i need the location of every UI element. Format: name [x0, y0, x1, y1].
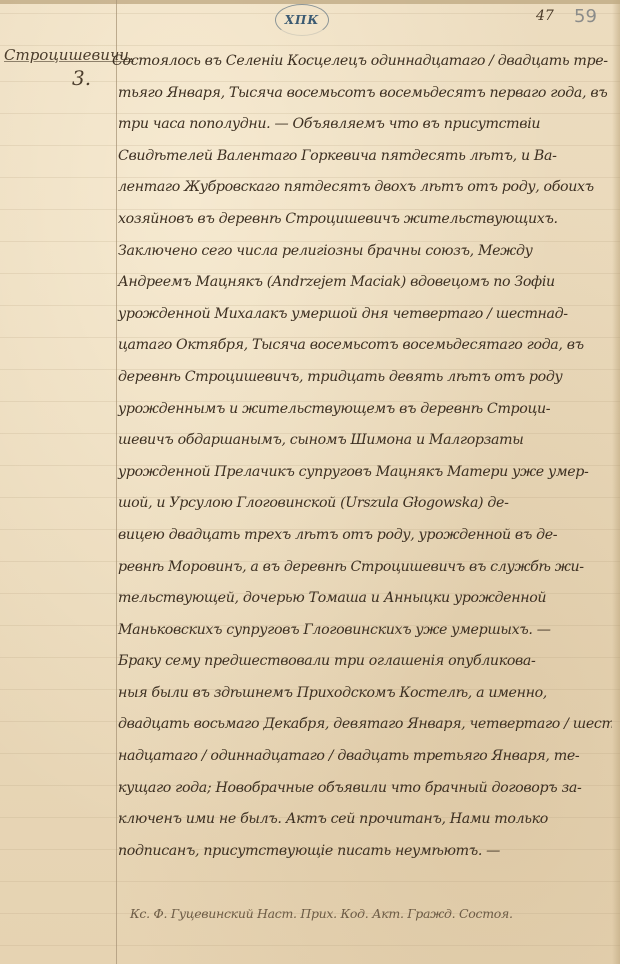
text-line: цатаго Октября, Тысяча восемьсотъ восемь… [112, 330, 612, 362]
text-line: три часа пополудни. — Объявляемъ что въ … [112, 109, 612, 141]
text-line: кущаго года; Новобрачные объявили что бр… [112, 773, 612, 805]
text-line: ревнѣ Моровинъ, а въ деревнѣ Строцишевич… [112, 552, 612, 584]
text-line: Андреемъ Мацнякъ (Andrzejem Maciak) вдов… [112, 267, 612, 299]
text-line: хозяйновъ въ деревнѣ Строцишевичъ житель… [112, 204, 612, 236]
text-line: Состоялось въ Селеніи Косцелецъ одиннадц… [112, 46, 612, 78]
text-line: подписанъ, присутствующіе писать неумѣют… [112, 836, 612, 868]
folio-number-ink: 47 [536, 8, 554, 24]
text-line: Свидѣтелей Валентаго Горкевича пятдесять… [112, 141, 612, 173]
text-line: лентаго Жубровскаго пятдесятъ двохъ лѣтъ… [112, 172, 612, 204]
text-line: урожденной Прелачикъ супруговъ Мацнякъ М… [112, 457, 612, 489]
text-line: тьяго Января, Тысяча восемьсотъ восемьде… [112, 78, 612, 110]
archive-stamp: ХПК [275, 4, 329, 36]
text-line: ключенъ ими не былъ. Актъ сей прочитанъ,… [112, 804, 612, 836]
text-line: Браку сему предшествовали три оглашенія … [112, 646, 612, 678]
text-line: надцатаго / одиннадцатаго / двадцать тре… [112, 741, 612, 773]
text-line: деревнѣ Строцишевичъ, тридцать девять лѣ… [112, 362, 612, 394]
margin-place-name: Строцишевичи. [4, 46, 116, 64]
text-line: Маньковскихъ супруговъ Глоговинскихъ уже… [112, 615, 612, 647]
stamp-text: ХПК [285, 13, 320, 27]
text-line: шой, и Урсулою Глоговинской (Urszula Gło… [112, 488, 612, 520]
folio-number-pencil: 59 [574, 6, 597, 27]
text-line: шевичъ обдаршанымъ, сыномъ Шимона и Малг… [112, 425, 612, 457]
text-line: урожденнымъ и жительствующемъ въ деревнѣ… [112, 394, 612, 426]
text-line: вицею двадцать трехъ лѣтъ отъ роду, урож… [112, 520, 612, 552]
margin-note: Строцишевичи. 3. [4, 46, 116, 90]
text-line: двадцать восьмаго Декабря, девятаго Янва… [112, 709, 612, 741]
record-body: Состоялось въ Селеніи Косцелецъ одиннадц… [112, 46, 612, 867]
text-line: урожденной Михалакъ умершой дня четверта… [112, 299, 612, 331]
text-line: тельствующей, дочерью Томаша и Анныцки у… [112, 583, 612, 615]
text-line: Заключено сего числа религіозны брачны с… [112, 236, 612, 268]
priest-signature: Кс. Ф. Гуцевинский Наст. Прих. Код. Акт.… [130, 906, 614, 921]
record-number: 3. [4, 66, 116, 90]
document-page: ХПК 47 59 Строцишевичи. 3. Состоялось въ… [0, 0, 620, 964]
text-line: ныя были въ здѣшнемъ Приходскомъ Костелѣ… [112, 678, 612, 710]
